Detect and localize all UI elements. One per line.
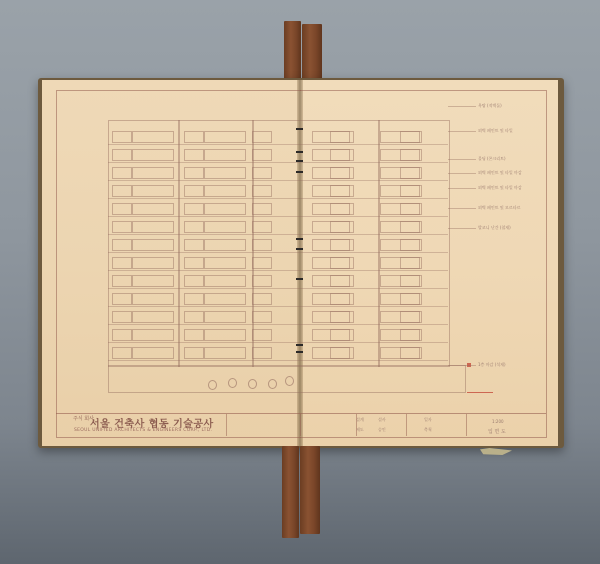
floor-line: [108, 288, 448, 289]
stitch: [296, 351, 303, 353]
window: [204, 131, 246, 143]
floor-line: [108, 144, 448, 145]
label-drafting: 제도: [356, 427, 364, 433]
window: [132, 311, 174, 323]
window: [112, 293, 132, 305]
window: [112, 329, 132, 341]
window: [252, 329, 272, 341]
annotation: 1층 마감 (석재): [478, 362, 506, 368]
window: [184, 131, 204, 143]
window: [132, 275, 174, 287]
window: [132, 167, 174, 179]
annotation: 외벽 페인트 및 타일 마감: [478, 185, 522, 191]
window: [184, 329, 204, 341]
floor-line: [108, 198, 448, 199]
window: [252, 347, 272, 359]
window: [204, 347, 246, 359]
tree-icon: [208, 380, 217, 390]
window: [330, 311, 350, 323]
window: [184, 311, 204, 323]
window: [330, 185, 350, 197]
window: [112, 239, 132, 251]
annotation: 옥탑 (적벽돌): [478, 103, 502, 109]
window: [330, 221, 350, 233]
leader-line: [448, 106, 476, 107]
window: [132, 221, 174, 233]
window: [330, 293, 350, 305]
window: [204, 149, 246, 161]
window: [400, 131, 420, 143]
window: [184, 239, 204, 251]
label-design: 설계: [356, 417, 364, 423]
window: [400, 329, 420, 341]
window: [330, 203, 350, 215]
annotation: 외벽 페인트 및 타일: [478, 128, 513, 134]
floor-line: [108, 324, 448, 325]
tree-icon: [268, 379, 277, 389]
stitch: [296, 344, 303, 346]
window: [112, 167, 132, 179]
window: [400, 185, 420, 197]
leader-line: [448, 131, 476, 132]
window: [330, 239, 350, 251]
window: [132, 347, 174, 359]
window: [184, 221, 204, 233]
window: [252, 275, 272, 287]
window: [112, 185, 132, 197]
floor-line: [108, 216, 448, 217]
window: [400, 275, 420, 287]
scene: 주식 회사 서울 건축사 협동 기술공사 SEOUL UNIFIED ARCHI…: [0, 0, 600, 564]
window: [184, 347, 204, 359]
title-block-divider: [226, 414, 227, 436]
leader-line: [448, 228, 476, 229]
scale-value: 1:200: [492, 419, 504, 424]
stitch: [296, 278, 303, 280]
stitch: [296, 151, 303, 153]
title-block-divider: [406, 414, 407, 436]
window: [204, 221, 246, 233]
firm-name-english: SEOUL UNIFIED ARCHITECTS & ENGINEERS COR…: [74, 428, 212, 433]
window: [400, 311, 420, 323]
window: [400, 221, 420, 233]
window: [112, 131, 132, 143]
leader-line: [448, 159, 476, 160]
annotation: 몰딩 (콘크리트): [478, 156, 506, 162]
window: [330, 329, 350, 341]
window: [330, 257, 350, 269]
window: [184, 275, 204, 287]
bay-divider: [252, 120, 254, 367]
window: [400, 293, 420, 305]
annotation: 발코니 난간 (철재): [478, 225, 511, 231]
window: [252, 185, 272, 197]
window: [132, 131, 174, 143]
red-mark: [467, 392, 493, 393]
floor-line: [108, 162, 448, 163]
window: [112, 221, 132, 233]
window: [252, 167, 272, 179]
window: [204, 203, 246, 215]
window: [132, 329, 174, 341]
window: [400, 167, 420, 179]
bookmark-ribbon-bottom-left: [282, 446, 299, 538]
leader-line: [448, 208, 476, 209]
window: [204, 185, 246, 197]
floor-line: [108, 306, 448, 307]
window: [400, 203, 420, 215]
window: [204, 293, 246, 305]
label-approval: 승인: [378, 427, 386, 433]
window: [184, 185, 204, 197]
window: [400, 347, 420, 359]
window: [252, 221, 272, 233]
stitch: [296, 160, 303, 162]
stitch: [296, 238, 303, 240]
tree-icon: [228, 378, 237, 388]
annotation: 외벽 페인트 및 모르타르: [478, 205, 520, 211]
window: [252, 293, 272, 305]
window: [184, 167, 204, 179]
floor-line: [108, 180, 448, 181]
tree-icon: [285, 376, 294, 386]
floor-line: [108, 252, 448, 253]
window: [400, 239, 420, 251]
window: [112, 275, 132, 287]
window: [330, 347, 350, 359]
window: [204, 275, 246, 287]
bookmark-ribbon-top-right: [302, 24, 322, 84]
window: [132, 257, 174, 269]
window: [252, 311, 272, 323]
window: [204, 167, 246, 179]
window: [330, 167, 350, 179]
window: [132, 239, 174, 251]
window: [112, 149, 132, 161]
stitch: [296, 128, 303, 130]
window: [204, 329, 246, 341]
window: [204, 239, 246, 251]
bookmark-ribbon-bottom-right: [300, 446, 320, 534]
window: [132, 149, 174, 161]
leader-line: [448, 173, 476, 174]
title-block-divider: [466, 414, 467, 436]
leader-line: [448, 365, 476, 366]
window: [184, 203, 204, 215]
label-scale: 축척: [424, 427, 432, 433]
window: [132, 185, 174, 197]
window: [330, 149, 350, 161]
annotation: 외벽 페인트 및 타일 마감: [478, 170, 522, 176]
paper-tab: [480, 448, 512, 455]
bay-divider: [178, 120, 180, 367]
bay-divider: [378, 120, 380, 367]
stitch: [296, 248, 303, 250]
window: [252, 203, 272, 215]
window: [132, 203, 174, 215]
window: [330, 131, 350, 143]
window: [112, 311, 132, 323]
title-block-divider: [300, 414, 301, 436]
window: [204, 311, 246, 323]
floor-line: [108, 360, 448, 361]
bookmark-ribbon-top-left: [284, 21, 301, 83]
tree-icon: [248, 379, 257, 389]
label-check: 설사: [378, 417, 386, 423]
label-date: 일자: [424, 417, 432, 423]
window: [252, 131, 272, 143]
window: [252, 257, 272, 269]
window: [184, 149, 204, 161]
floor-line: [108, 270, 448, 271]
window: [112, 203, 132, 215]
window: [184, 257, 204, 269]
floor-line: [108, 234, 448, 235]
window: [112, 347, 132, 359]
stitch: [296, 171, 303, 173]
window: [400, 149, 420, 161]
window: [132, 293, 174, 305]
window: [400, 257, 420, 269]
window: [184, 293, 204, 305]
window: [252, 149, 272, 161]
floor-line: [108, 342, 448, 343]
window: [252, 239, 272, 251]
window: [330, 275, 350, 287]
window: [112, 257, 132, 269]
leader-line: [448, 188, 476, 189]
window: [204, 257, 246, 269]
drawing-number: 입 면 도: [488, 428, 506, 435]
